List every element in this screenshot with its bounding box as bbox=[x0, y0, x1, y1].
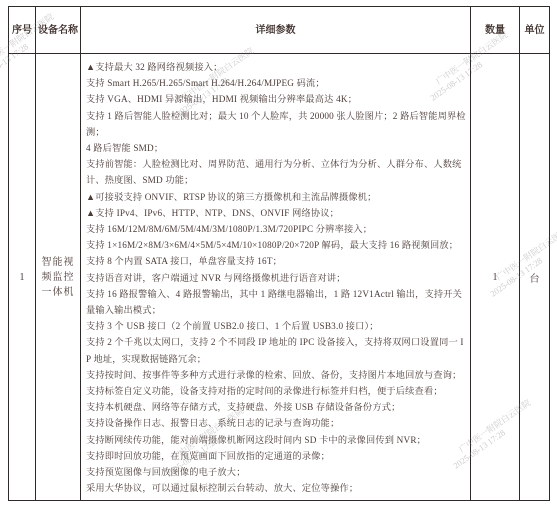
param-line: 支持语音对讲，客户端通过 NVR 与网络摄像机进行语音对讲； bbox=[86, 270, 466, 286]
param-line: 支持按时间、按事件等多种方式进行录像的检索、回放、备份，支持图片本地回放与查询； bbox=[86, 367, 466, 383]
document-page: { "watermark": { "line1": "广中医一附院白云医院", … bbox=[0, 0, 557, 508]
param-line: 支持 16M/12M/8M/6M/5M/4M/3M/1080P/1.3M/720… bbox=[86, 221, 466, 237]
param-line: 支持断网续传功能，能对前端摄像机断网这段时间内 SD 卡中的录像回传到 NVR； bbox=[86, 432, 466, 448]
header-row: 序号 设备名称 详细参数 数量 单位 bbox=[9, 7, 550, 54]
header-col-params: 详细参数 bbox=[81, 7, 471, 54]
header-col-no: 序号 bbox=[9, 7, 36, 54]
param-line: 支持 16 路报警输入、4 路报警输出，其中 1 路继电器输出，1 路 12V1… bbox=[86, 286, 466, 318]
table-row: 1 智能视频监控一体机 ▲支持最大 32 路网络视频接入；支持 Smart H.… bbox=[9, 54, 550, 501]
param-line: 支持前智能：人脸检测比对、周界防范、通用行为分析、立体行为分析、人群分布、人数统… bbox=[86, 156, 466, 188]
param-line: 支持即时回放功能，在预览画面下回放指的定通道的录像； bbox=[86, 448, 466, 464]
param-line: 支持 1 路后智能人脸检测比对；最大 10 个人脸库，共 20000 张人脸图片… bbox=[86, 108, 466, 140]
param-line: 支持标签自定义功能，设备支持对指的定时间的录像进行标签并归档，便于后续查看； bbox=[86, 383, 466, 399]
row-serial-number: 1 bbox=[9, 54, 36, 501]
param-line: ▲支持最大 32 路网络视频接入； bbox=[86, 59, 466, 75]
param-line: 支持 8 个内置 SATA 接口，单盘容量支持 16T； bbox=[86, 253, 466, 269]
row-detail-params: ▲支持最大 32 路网络视频接入；支持 Smart H.265/H.265/Sm… bbox=[81, 54, 471, 501]
spec-table: 序号 设备名称 详细参数 数量 单位 1 智能视频监控一体机 ▲支持最大 32 … bbox=[8, 6, 550, 501]
param-line: 支持 VGA、HDMI 异源输出，HDMI 视频输出分辨率最高达 4K； bbox=[86, 91, 466, 107]
row-device-name: 智能视频监控一体机 bbox=[36, 54, 81, 501]
param-line: ▲支持 IPv4、IPv6、HTTP、NTP、DNS、ONVIF 网络协议； bbox=[86, 205, 466, 221]
param-line: 支持设备操作日志、报警日志、系统日志的记录与查询功能； bbox=[86, 415, 466, 431]
param-line: 支持本机硬盘、网络等存储方式，支持硬盘、外接 USB 存储设备备份方式； bbox=[86, 399, 466, 415]
param-line: 4 路后智能 SMD； bbox=[86, 140, 466, 156]
header-col-unit: 单位 bbox=[520, 7, 550, 54]
row-quantity: 1 bbox=[471, 54, 520, 501]
param-line: 支持 2 个千兆以太网口，支持 2 个不同段 IP 地址的 IPC 设备接入，支… bbox=[86, 334, 466, 366]
row-unit: 台 bbox=[520, 54, 550, 501]
param-line: 采用大华协议，可以通过鼠标控制云台转动、放大、定位等操作； bbox=[86, 480, 466, 496]
param-line: 支持 3 个 USB 接口（2 个前置 USB2.0 接口、1 个后置 USB3… bbox=[86, 318, 466, 334]
header-col-qty: 数量 bbox=[471, 7, 520, 54]
param-line: 支持 1×16M/2×8M/3×6M/4×5M/5×4M/10×1080P/20… bbox=[86, 237, 466, 253]
param-line: ▲可接驳支持 ONVIF、RTSP 协议的第三方摄像机和主流品牌摄像机； bbox=[86, 189, 466, 205]
param-line: 支持 Smart H.265/H.265/Smart H.264/H.264/M… bbox=[86, 75, 466, 91]
param-line: 支持预览图像与回放图像的电子放大； bbox=[86, 464, 466, 480]
header-col-name: 设备名称 bbox=[36, 7, 81, 54]
